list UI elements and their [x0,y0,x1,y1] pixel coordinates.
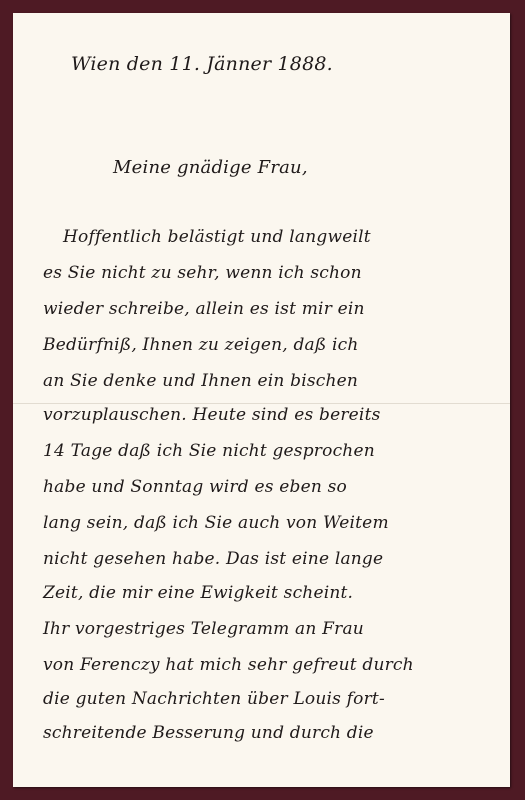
body-line: die guten Nachrichten über Louis fort- [43,689,385,709]
body-line: von Ferenczy hat mich sehr gefreut durch [43,655,414,675]
body-line: an Sie denke und Ihnen ein bischen [43,371,358,391]
letter-dateline: Wien den 11. Jänner 1888. [71,53,333,75]
body-line: lang sein, daß ich Sie auch von Weitem [43,513,389,533]
body-line: es Sie nicht zu sehr, wenn ich schon [43,263,362,283]
body-line: schreitende Besserung und durch die [43,723,374,743]
body-line: Ihr vorgestriges Telegramm an Frau [43,619,364,639]
body-line: wieder schreibe, allein es ist mir ein [43,299,365,319]
body-line: vorzuplauschen. Heute sind es bereits [43,405,381,425]
body-line: 14 Tage daß ich Sie nicht gesprochen [43,441,375,461]
body-line: Hoffentlich belästigt und langweilt [63,227,371,247]
body-line: Bedürfniß, Ihnen zu zeigen, daß ich [43,335,359,355]
letter-salutation: Meine gnädige Frau, [113,157,308,178]
body-line: Zeit, die mir eine Ewigkeit scheint. [43,583,353,603]
letter-page: Wien den 11. Jänner 1888. Meine gnädige … [13,13,510,787]
paper-fold-crease [13,403,510,404]
body-line: nicht gesehen habe. Das ist eine lange [43,549,383,569]
body-line: habe und Sonntag wird es eben so [43,477,347,497]
